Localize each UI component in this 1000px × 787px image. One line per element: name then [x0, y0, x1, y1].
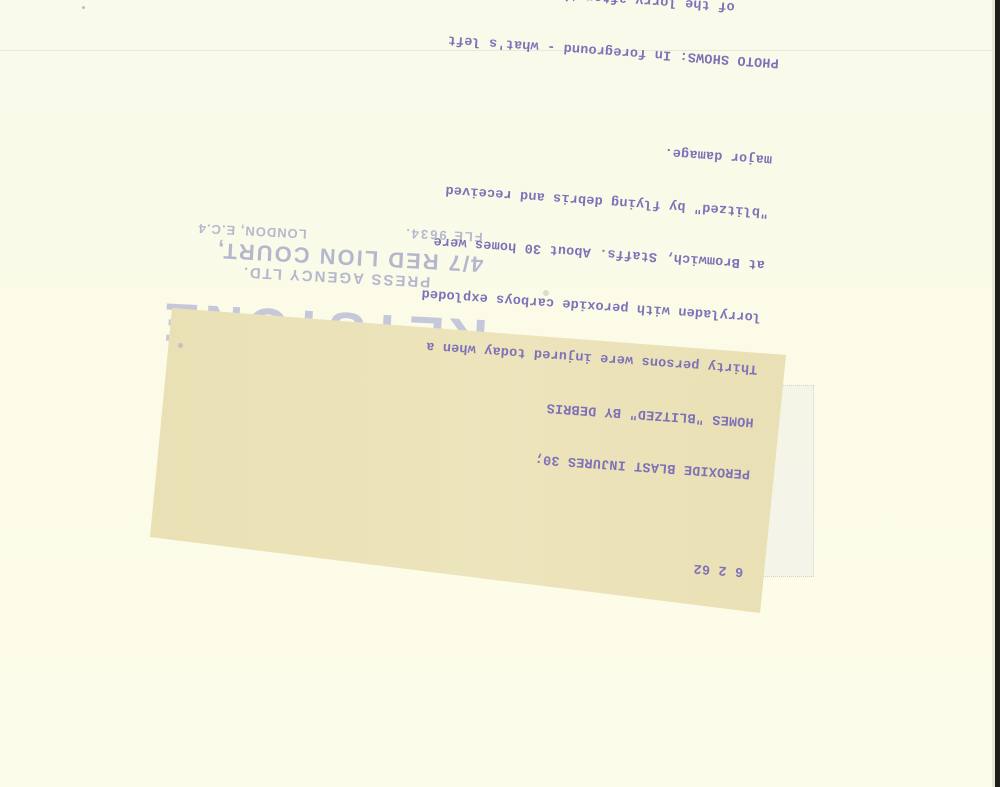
caption-body-4: "blitzed" by flying debris and received	[209, 164, 769, 221]
typed-caption: 6 2 62 PEROXIDE BLAST INJURES 30; HOMES …	[182, 316, 759, 614]
scan-edge-shadow	[995, 0, 1000, 787]
caption-body-5: major damage.	[213, 111, 773, 168]
caption-photo-shows-1: PHOTO SHOWS: In foreground - what's left	[220, 14, 780, 71]
dust-speck	[543, 290, 549, 296]
caption-photo-shows-2: of the lorry after the blast;	[223, 0, 783, 18]
caption-body-3: at Bromwich, Staffs. About 30 homes were	[206, 216, 766, 273]
caption-date: 6 2 62	[184, 523, 744, 580]
caption-body-2: lorryladen with peroxide carboys explode…	[202, 268, 762, 325]
ink-dot	[178, 343, 183, 348]
caption-body-1: Thirty persons were injured today when a	[198, 321, 758, 378]
caption-headline-2: HOMES "BLITZED" BY DEBRIS	[195, 373, 755, 430]
dust-speck	[82, 6, 85, 9]
caption-headline-1: PEROXIDE BLAST INJURES 30;	[191, 426, 751, 483]
